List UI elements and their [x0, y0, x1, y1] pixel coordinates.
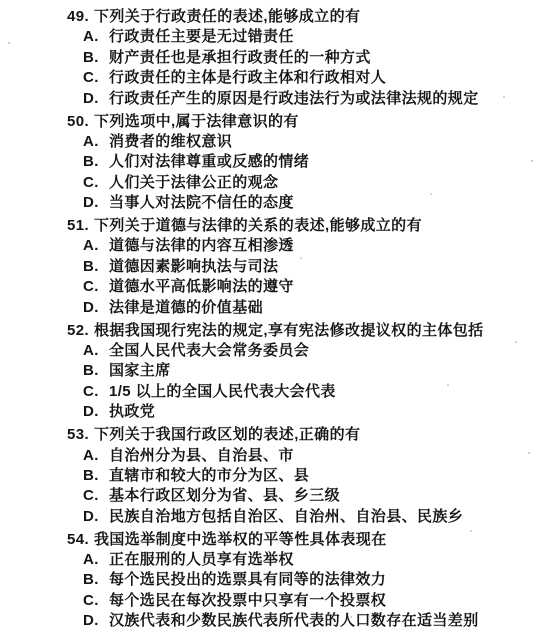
- option-row: C.行政责任的主体是行政主体和行政相对人: [67, 68, 550, 88]
- option-letter: C.: [83, 277, 109, 297]
- option-letter: B.: [83, 466, 109, 486]
- question-stem-line: 52.根据我国现行宪法的规定,享有宪法修改提议权的主体包括: [67, 321, 550, 341]
- question-stem: 下列关于道德与法律的关系的表述,能够成立的有: [94, 217, 422, 234]
- option-row: D.行政责任产生的原因是行政违法行为或法律法规的规定: [67, 89, 550, 109]
- option-text: 消费者的维权意识: [109, 133, 232, 150]
- option-text: 行政责任的主体是行政主体和行政相对人: [109, 69, 386, 86]
- option-text: 民族自治地方包括自治区、自治州、自治县、民族乡: [109, 508, 463, 525]
- option-letter: A.: [83, 550, 109, 570]
- question-number: 53.: [67, 425, 94, 445]
- option-text: 人们对法律尊重或反感的情绪: [109, 153, 309, 170]
- question-block-51: 51.下列关于道德与法律的关系的表述,能够成立的有 A.道德与法律的内容互相渗透…: [67, 216, 550, 318]
- question-stem-line: 54.我国选举制度中选举权的平等性具体表现在: [67, 530, 550, 550]
- option-row: C.每个选民在每次投票中只享有一个投票权: [67, 591, 550, 611]
- option-row: A.道德与法律的内容互相渗透: [67, 236, 550, 256]
- option-row: B.财产责任也是承担行政责任的一种方式: [67, 48, 550, 68]
- question-number: 50.: [67, 112, 94, 132]
- exam-page: 49.下列关于行政责任的表述,能够成立的有 A.行政责任主要是无过错责任 B.财…: [0, 0, 550, 632]
- option-row: C.1/5 以上的全国人民代表大会代表: [67, 382, 550, 402]
- option-row: B.道德因素影响执法与司法: [67, 257, 550, 277]
- option-text: 当事人对法院不信任的态度: [109, 194, 294, 211]
- option-letter: B.: [83, 48, 109, 68]
- option-text: 道德水平高低影响法的遵守: [109, 278, 294, 295]
- option-letter: A.: [83, 446, 109, 466]
- question-number: 49.: [67, 7, 94, 27]
- question-block-53: 53.下列关于我国行政区划的表述,正确的有 A.自治州分为县、自治县、市 B.直…: [67, 425, 550, 527]
- option-letter: D.: [83, 402, 109, 422]
- option-letter: D.: [83, 193, 109, 213]
- question-number: 52.: [67, 321, 94, 341]
- option-row: A.正在服刑的人员享有选举权: [67, 550, 550, 570]
- question-stem-line: 51.下列关于道德与法律的关系的表述,能够成立的有: [67, 216, 550, 236]
- option-text: 法律是道德的价值基础: [109, 299, 263, 316]
- option-text: 正在服刑的人员享有选举权: [109, 551, 294, 568]
- option-text: 每个选民投出的选票具有同等的法律效力: [109, 571, 386, 588]
- option-row: D.法律是道德的价值基础: [67, 298, 550, 318]
- option-row: D.当事人对法院不信任的态度: [67, 193, 550, 213]
- question-stem-line: 50.下列选项中,属于法律意识的有: [67, 112, 550, 132]
- question-number: 51.: [67, 216, 94, 236]
- option-text: 基本行政区划分为省、县、乡三级: [109, 487, 340, 504]
- question-stem: 根据我国现行宪法的规定,享有宪法修改提议权的主体包括: [94, 322, 484, 339]
- option-row: D.汉族代表和少数民族代表所代表的人口数存在适当差别: [67, 611, 550, 631]
- question-block-49: 49.下列关于行政责任的表述,能够成立的有 A.行政责任主要是无过错责任 B.财…: [67, 7, 550, 109]
- option-text: 每个选民在每次投票中只享有一个投票权: [109, 592, 386, 609]
- question-stem: 下列关于行政责任的表述,能够成立的有: [94, 8, 360, 25]
- option-letter: D.: [83, 611, 109, 631]
- option-letter: A.: [83, 132, 109, 152]
- option-row: A.自治州分为县、自治县、市: [67, 446, 550, 466]
- option-row: D.民族自治地方包括自治区、自治州、自治县、民族乡: [67, 507, 550, 527]
- option-text: 国家主席: [109, 362, 171, 379]
- option-letter: D.: [83, 89, 109, 109]
- option-letter: C.: [83, 486, 109, 506]
- option-row: A.行政责任主要是无过错责任: [67, 27, 550, 47]
- option-text: 财产责任也是承担行政责任的一种方式: [109, 49, 371, 66]
- question-block-54: 54.我国选举制度中选举权的平等性具体表现在 A.正在服刑的人员享有选举权 B.…: [67, 530, 550, 632]
- option-row: B.每个选民投出的选票具有同等的法律效力: [67, 570, 550, 590]
- option-row: A.消费者的维权意识: [67, 132, 550, 152]
- question-number: 54.: [67, 530, 94, 550]
- option-row: A.全国人民代表大会常务委员会: [67, 341, 550, 361]
- option-text: 行政责任产生的原因是行政违法行为或法律法规的规定: [109, 90, 479, 107]
- question-stem: 下列选项中,属于法律意识的有: [94, 113, 299, 130]
- option-text: 人们关于法律公正的观念: [109, 174, 278, 191]
- option-text: 汉族代表和少数民族代表所代表的人口数存在适当差别: [109, 612, 479, 629]
- option-row: B.人们对法律尊重或反感的情绪: [67, 152, 550, 172]
- option-row: C.基本行政区划分为省、县、乡三级: [67, 486, 550, 506]
- option-letter: D.: [83, 507, 109, 527]
- question-block-50: 50.下列选项中,属于法律意识的有 A.消费者的维权意识 B.人们对法律尊重或反…: [67, 112, 550, 214]
- question-block-52: 52.根据我国现行宪法的规定,享有宪法修改提议权的主体包括 A.全国人民代表大会…: [67, 321, 550, 423]
- option-text: 行政责任主要是无过错责任: [109, 28, 294, 45]
- option-text: 全国人民代表大会常务委员会: [109, 342, 309, 359]
- option-letter: C.: [83, 68, 109, 88]
- option-letter: A.: [83, 236, 109, 256]
- option-text: 1/5 以上的全国人民代表大会代表: [109, 383, 336, 400]
- option-text: 直辖市和较大的市分为区、县: [109, 467, 309, 484]
- question-stem: 我国选举制度中选举权的平等性具体表现在: [94, 531, 387, 548]
- option-letter: B.: [83, 361, 109, 381]
- question-stem: 下列关于我国行政区划的表述,正确的有: [94, 426, 360, 443]
- option-letter: B.: [83, 152, 109, 172]
- option-row: C.道德水平高低影响法的遵守: [67, 277, 550, 297]
- option-row: D.执政党: [67, 402, 550, 422]
- option-letter: B.: [83, 570, 109, 590]
- option-row: B.国家主席: [67, 361, 550, 381]
- option-row: C.人们关于法律公正的观念: [67, 173, 550, 193]
- option-text: 执政党: [109, 403, 155, 420]
- option-letter: C.: [83, 382, 109, 402]
- option-letter: C.: [83, 591, 109, 611]
- option-text: 自治州分为县、自治县、市: [109, 447, 294, 464]
- option-text: 道德因素影响执法与司法: [109, 258, 278, 275]
- option-letter: A.: [83, 341, 109, 361]
- question-stem-line: 49.下列关于行政责任的表述,能够成立的有: [67, 7, 550, 27]
- option-letter: B.: [83, 257, 109, 277]
- option-letter: C.: [83, 173, 109, 193]
- option-letter: D.: [83, 298, 109, 318]
- option-text: 道德与法律的内容互相渗透: [109, 237, 294, 254]
- option-row: B.直辖市和较大的市分为区、县: [67, 466, 550, 486]
- option-letter: A.: [83, 27, 109, 47]
- question-stem-line: 53.下列关于我国行政区划的表述,正确的有: [67, 425, 550, 445]
